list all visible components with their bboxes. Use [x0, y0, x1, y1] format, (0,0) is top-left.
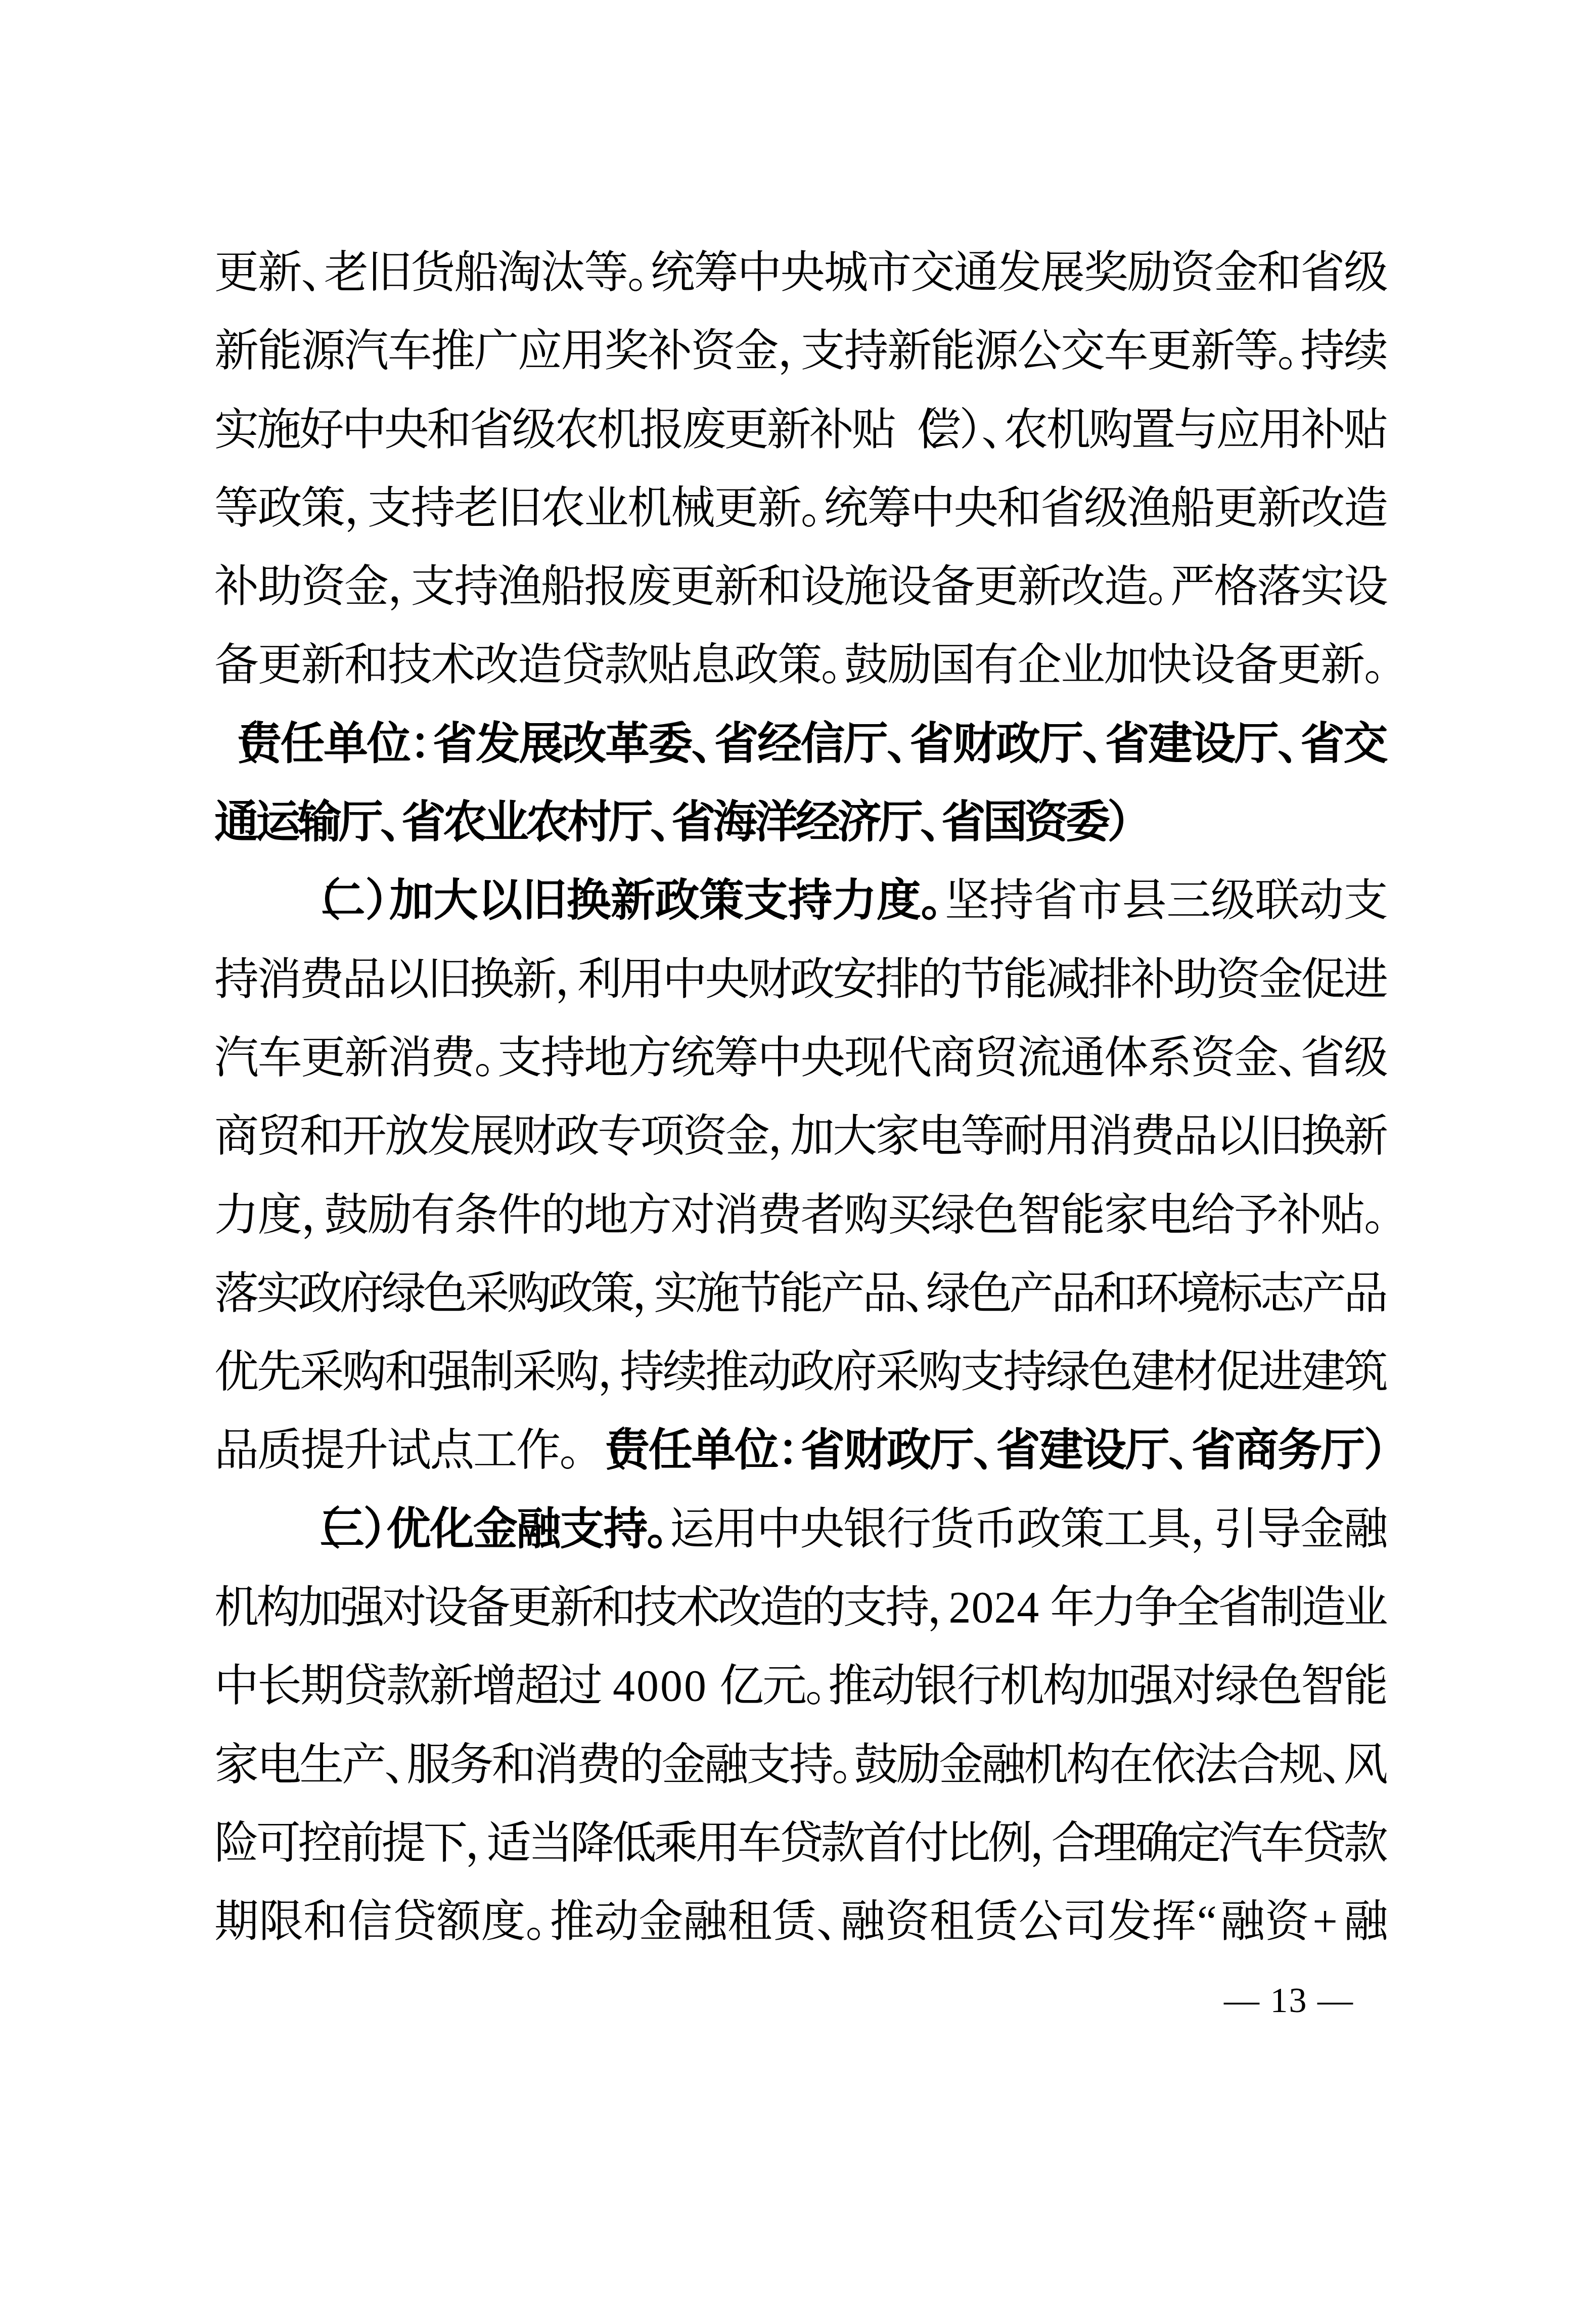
text-line: 实施好中央和省级农机报废更新补贴（偿）、农机购置与应用补贴	[214, 391, 1385, 469]
text-line: （二）加大以旧换新政策支持力度。坚持省市县三级联动支	[297, 862, 1385, 940]
document-page: 更新、老旧货船淘汰等。统筹中央城市交通发展奖励资金和省级新能源汽车推广应用奖补资…	[0, 0, 1596, 2318]
page-footer: — 13 —	[214, 1978, 1385, 2024]
text-line: 期限和信贷额度。推动金融租赁、融资租赁公司发挥“融资+融	[214, 1883, 1385, 1961]
text-line: （责任单位：省发展改革委、省经信厅、省财政厅、省建设厅、省交	[214, 705, 1385, 783]
text-line: 更新、老旧货船淘汰等。统筹中央城市交通发展奖励资金和省级	[214, 234, 1385, 312]
text-line: 汽车更新消费。支持地方统筹中央现代商贸流通体系资金、省级	[214, 1019, 1385, 1097]
text-line: 通运输厅、省农业农村厅、省海洋经济厅、省国资委）	[214, 783, 1385, 862]
text-line: 等政策，支持老旧农业机械更新。统筹中央和省级渔船更新改造	[214, 469, 1385, 548]
page-number: — 13 —	[1224, 1978, 1354, 2024]
text-line: 优先采购和强制采购，持续推动政府采购支持绿色建材促进建筑	[214, 1333, 1385, 1411]
text-line: 家电生产、服务和消费的金融支持。鼓励金融机构在依法合规、风	[214, 1726, 1385, 1804]
text-line: 补助资金，支持渔船报废更新和设施设备更新改造。严格落实设	[214, 548, 1385, 626]
text-line: 机构加强对设备更新和技术改造的支持，2024 年力争全省制造业	[214, 1569, 1385, 1647]
text-line: 新能源汽车推广应用奖补资金，支持新能源公交车更新等。持续	[214, 312, 1385, 390]
document-body: 更新、老旧货船淘汰等。统筹中央城市交通发展奖励资金和省级新能源汽车推广应用奖补资…	[214, 234, 1385, 1962]
text-line: 落实政府绿色采购政策，实施节能产品、绿色产品和环境标志产品	[214, 1255, 1385, 1333]
text-line: 中长期贷款新增超过 4000 亿元。推动银行机构加强对绿色智能	[214, 1647, 1385, 1725]
text-line: （三）优化金融支持。运用中央银行货币政策工具，引导金融	[297, 1490, 1385, 1569]
text-line: 险可控前提下，适当降低乘用车贷款首付比例，合理确定汽车贷款	[214, 1804, 1385, 1883]
text-line: 品质提升试点工作。（责任单位：省财政厅、省建设厅、省商务厅）	[214, 1411, 1385, 1490]
text-line: 备更新和技术改造贷款贴息政策。鼓励国有企业加快设备更新。	[214, 626, 1385, 704]
text-line: 商贸和开放发展财政专项资金，加大家电等耐用消费品以旧换新	[214, 1097, 1385, 1176]
text-line: 力度，鼓励有条件的地方对消费者购买绿色智能家电给予补贴。	[214, 1176, 1385, 1255]
text-line: 持消费品以旧换新，利用中央财政安排的节能减排补助资金促进	[214, 941, 1385, 1019]
